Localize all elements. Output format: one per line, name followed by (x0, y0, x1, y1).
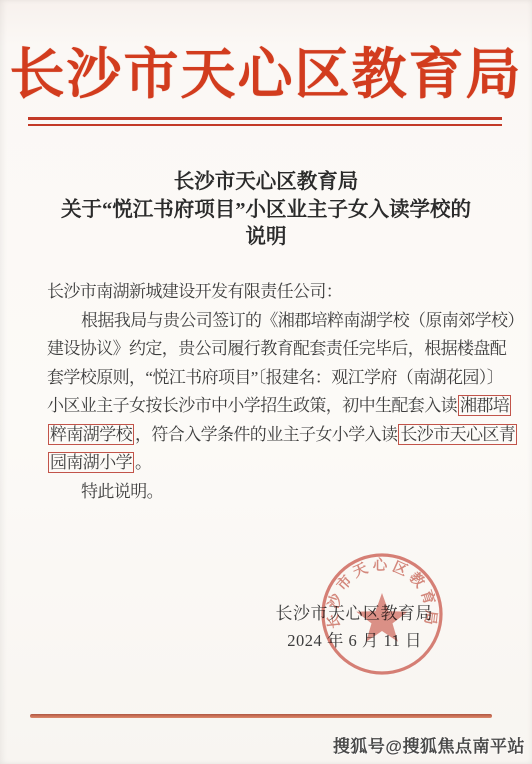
document-title-line3: 说明 (40, 224, 492, 252)
letterhead-title: 长沙市天心区教育局 (0, 44, 532, 106)
highlight-box-school-1b: 粹南湖学校 (48, 424, 134, 445)
document-body: 长沙市南湖新城建设开发有限责任公司： 根据我局与贵公司签订的《湘郡培粹南湖学校（… (47, 278, 493, 506)
highlight-box-school-2a: 长沙市天心区青 (398, 424, 517, 445)
official-seal-icon: 长沙市天心区教育局 (318, 550, 446, 678)
body-line-3: 套学校原则，“悦江书府项目”〔报建名：观江学府（南湖花园）〕 (47, 364, 493, 393)
body-line-5: 粹南湖学校，符合入学条件的业主子女小学入读长沙市天心区青 (47, 421, 493, 450)
closing-line: 特此说明。 (47, 478, 493, 507)
watermark-text: 搜狐号@搜狐焦点南平站 (333, 732, 525, 757)
body-line-5-text: ，符合入学条件的业主子女小学入读 (135, 425, 397, 444)
body-line-1: 根据我局与贵公司签订的《湘郡培粹南湖学校（原南郊学校） (47, 307, 493, 336)
body-line-2: 建设协议》约定，贵公司履行教育配套责任完毕后，根据楼盘配 (47, 335, 493, 364)
highlight-box-school-1a: 湘郡培 (458, 395, 511, 416)
highlight-box-school-2b: 园南湖小学 (48, 452, 134, 473)
scanned-official-document: 长沙市天心区教育局 长沙市天心区教育局 关于“悦江书府项目”小区业主子女入读学校… (0, 0, 532, 764)
body-line-4: 小区业主子女按长沙市中小学招生政策，初中生配套入读湘郡培 (47, 392, 493, 421)
body-line-6-text: 。 (135, 453, 151, 472)
document-title-line1: 长沙市天心区教育局 (40, 169, 492, 197)
seal-star-icon (356, 593, 407, 642)
letterhead-double-rule (28, 117, 502, 126)
body-line-4-text: 小区业主子女按长沙市中小学招生政策，初中生配套入读 (47, 396, 457, 415)
footer-red-rule (30, 714, 492, 718)
salutation-line: 长沙市南湖新城建设开发有限责任公司： (47, 278, 493, 307)
body-line-6: 园南湖小学。 (47, 449, 493, 478)
document-title-line2: 关于“悦江书府项目”小区业主子女入读学校的 (40, 197, 492, 225)
document-title: 长沙市天心区教育局 关于“悦江书府项目”小区业主子女入读学校的 说明 (40, 169, 492, 252)
